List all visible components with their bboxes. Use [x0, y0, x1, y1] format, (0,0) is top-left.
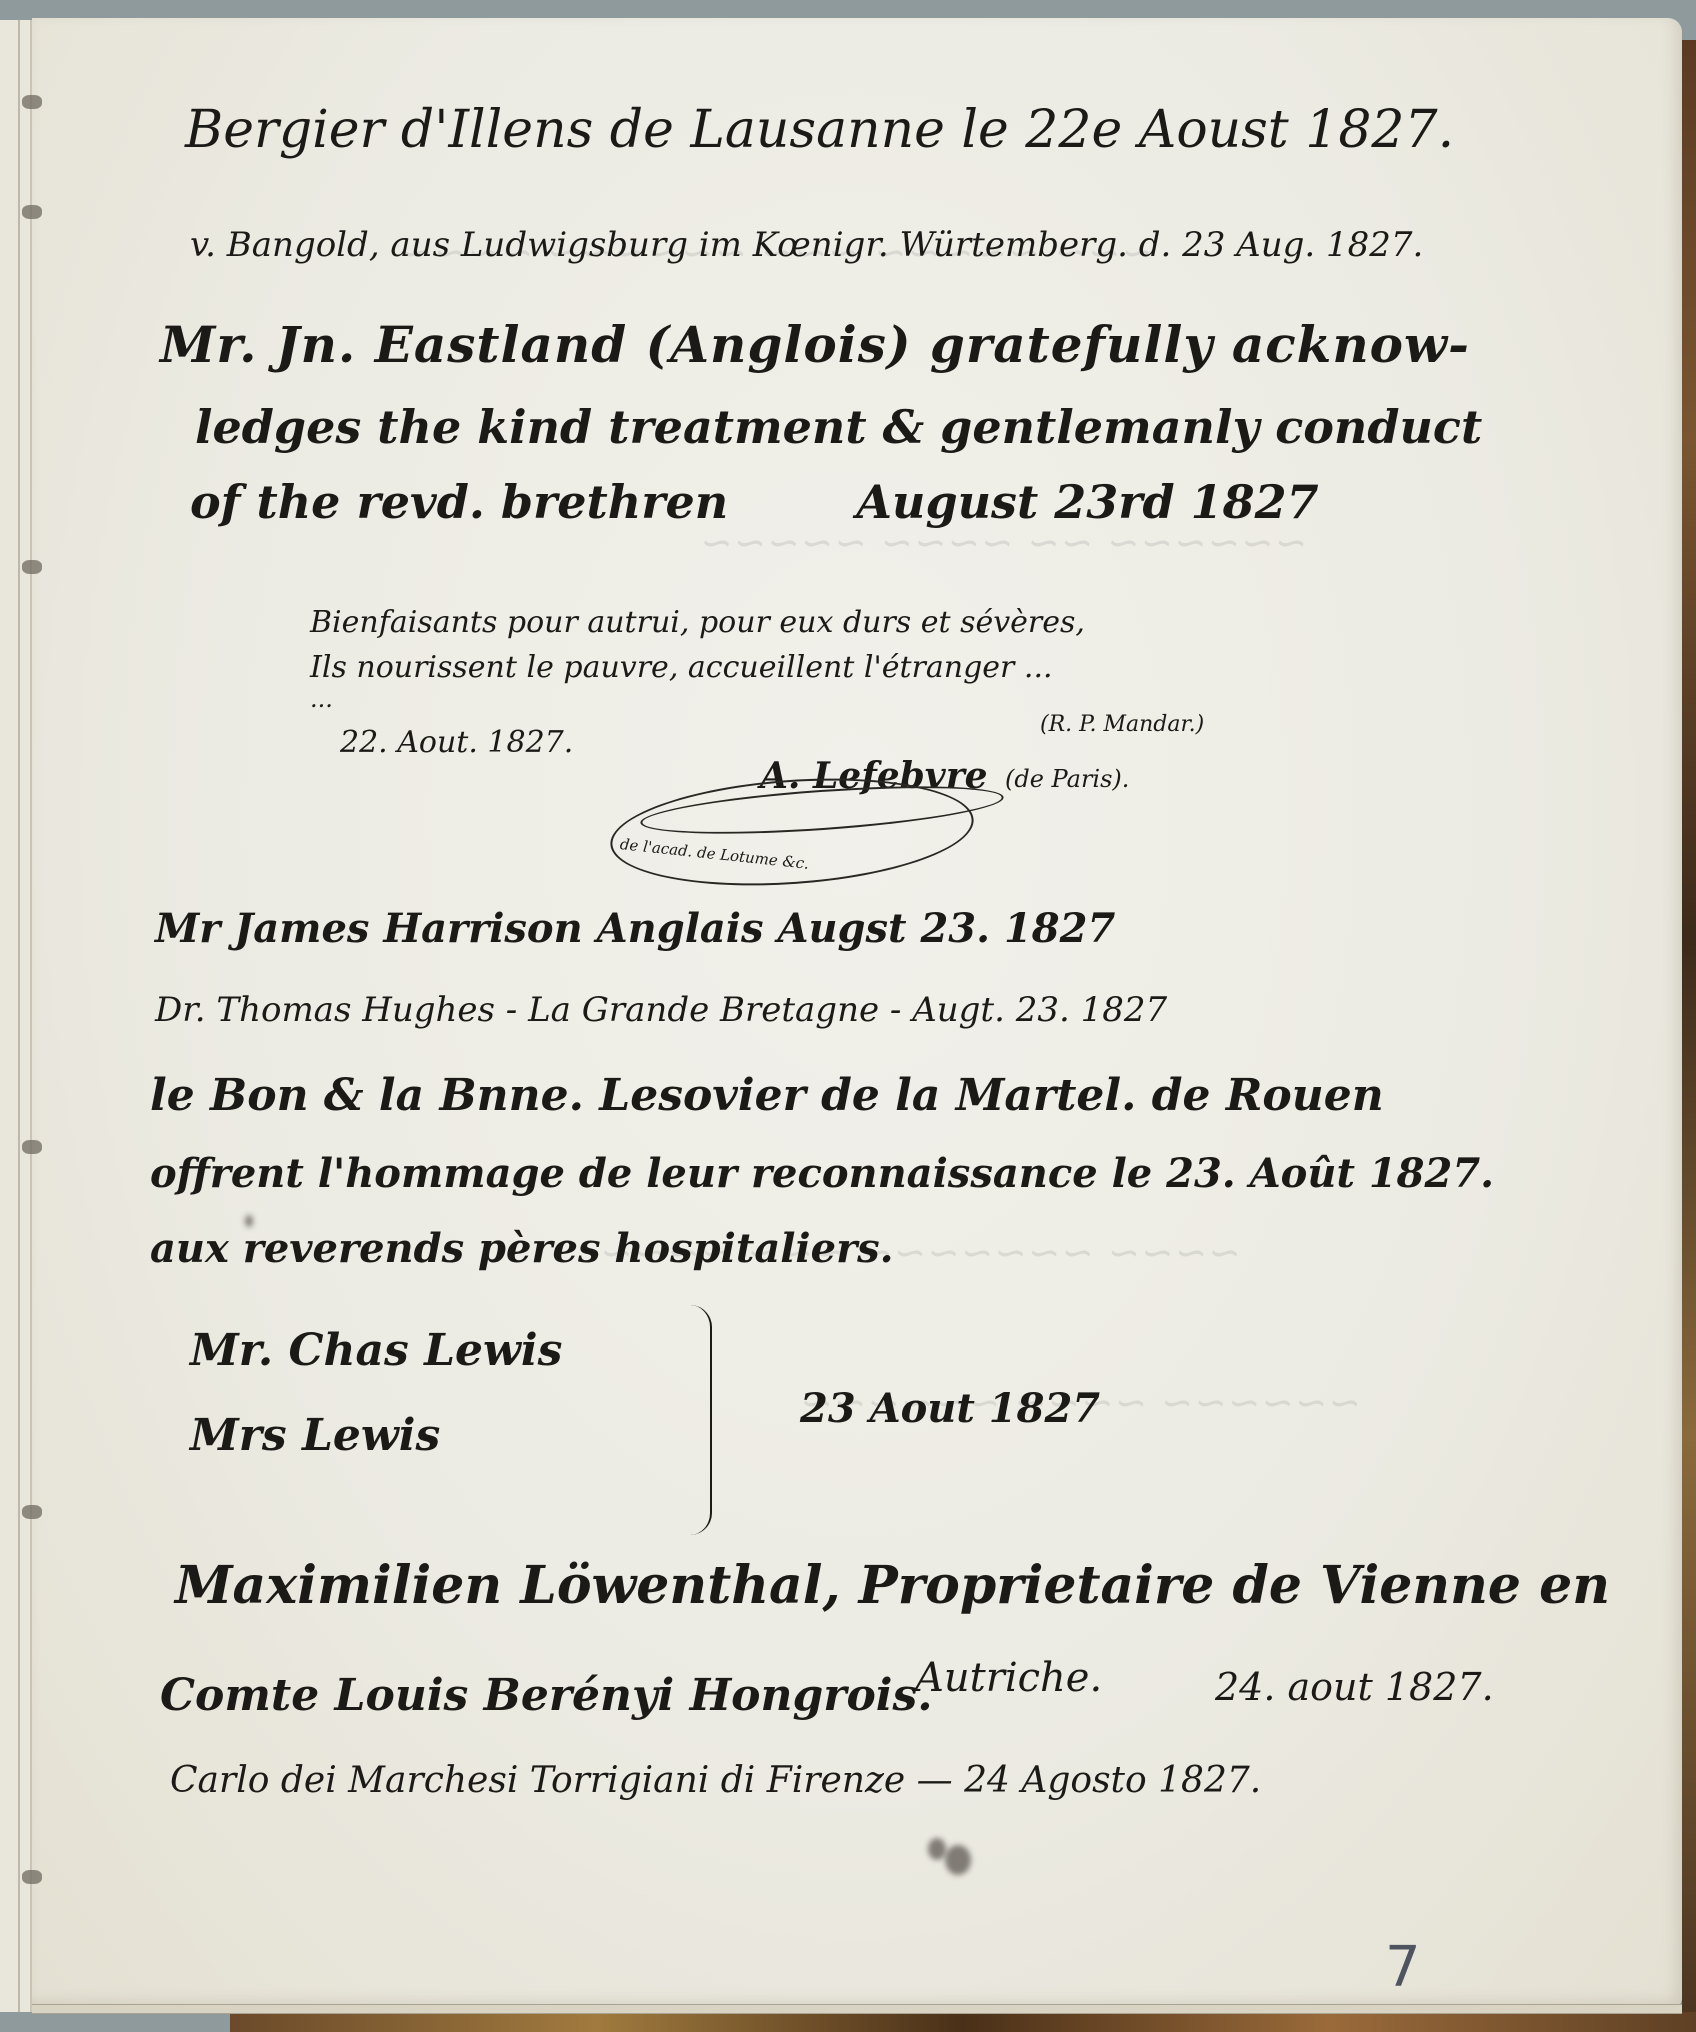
- binding-stitch: [22, 95, 42, 109]
- entry-lewis-name-2: Mrs Lewis: [190, 1410, 440, 1461]
- lefebvre-origin: (de Paris).: [1005, 765, 1129, 793]
- binding-stitch: [22, 1870, 42, 1884]
- binding-stitch: [22, 1140, 42, 1154]
- ink-blot: [945, 1845, 971, 1875]
- entry-lesovier-line-3: aux reverends pères hospitaliers.: [150, 1225, 894, 1272]
- entry-english-line-1: Mr. Jn. Eastland (Anglois) gratefully ac…: [160, 315, 1470, 374]
- entry-lowenthal-date: 24. aout 1827.: [1215, 1665, 1494, 1709]
- lefebvre-date: 22. Aout. 1827.: [340, 725, 573, 760]
- verse-ellipsis: ...: [310, 685, 333, 713]
- entry-lewis-date: 23 Aout 1827: [800, 1385, 1100, 1432]
- entry-berenyi: Comte Louis Berényi Hongrois.: [160, 1670, 933, 1721]
- ink-blot: [245, 1215, 253, 1227]
- page-number: 7: [1385, 1935, 1421, 2000]
- entry-bergier: Bergier d'Illens de Lausanne le 22e Aous…: [185, 100, 1454, 160]
- entry-hughes: Dr. Thomas Hughes - La Grande Bretagne -…: [155, 990, 1167, 1030]
- entry-lowenthal-continuation: Autriche.: [915, 1655, 1102, 1701]
- binding-stitch: [22, 1505, 42, 1519]
- grouping-brace: [690, 1305, 712, 1535]
- binding-gutter: [18, 20, 20, 2012]
- verse-line-2: Ils nourissent le pauvre, accueillent l'…: [310, 650, 1053, 685]
- entry-lesovier-line-1: le Bon & la Bnne. Lesovier de la Martel.…: [150, 1070, 1384, 1121]
- entry-english-line-3: of the revd. brethren August 23rd 1827: [190, 475, 1319, 529]
- entry-harrison: Mr James Harrison Anglais Augst 23. 1827: [155, 905, 1115, 952]
- lefebvre-attribution: (R. P. Mandar.): [1040, 712, 1204, 737]
- binding-stitch: [22, 560, 42, 574]
- ink-blot: [928, 1838, 946, 1860]
- book-cover-edge-bottom: [230, 2012, 1696, 2032]
- entry-torrigiani: Carlo dei Marchesi Torrigiani di Firenze…: [170, 1760, 1261, 1801]
- facing-page-edge: [0, 20, 32, 2012]
- entry-lewis-name-1: Mr. Chas Lewis: [190, 1325, 562, 1376]
- entry-lowenthal: Maximilien Löwenthal, Proprietaire de Vi…: [175, 1555, 1610, 1616]
- entry-bangold: v. Bangold, aus Ludwigsburg im Kœnigr. W…: [190, 225, 1423, 265]
- entry-lesovier-line-2: offrent l'hommage de leur reconnaissance…: [150, 1150, 1494, 1197]
- book-cover-edge-right: [1682, 40, 1696, 2032]
- page-stack-edge: [32, 2004, 1682, 2014]
- binding-stitch: [22, 205, 42, 219]
- entry-english-line-2: ledges the kind treatment & gentlemanly …: [195, 400, 1482, 454]
- verse-line-1: Bienfaisants pour autrui, pour eux durs …: [310, 605, 1085, 640]
